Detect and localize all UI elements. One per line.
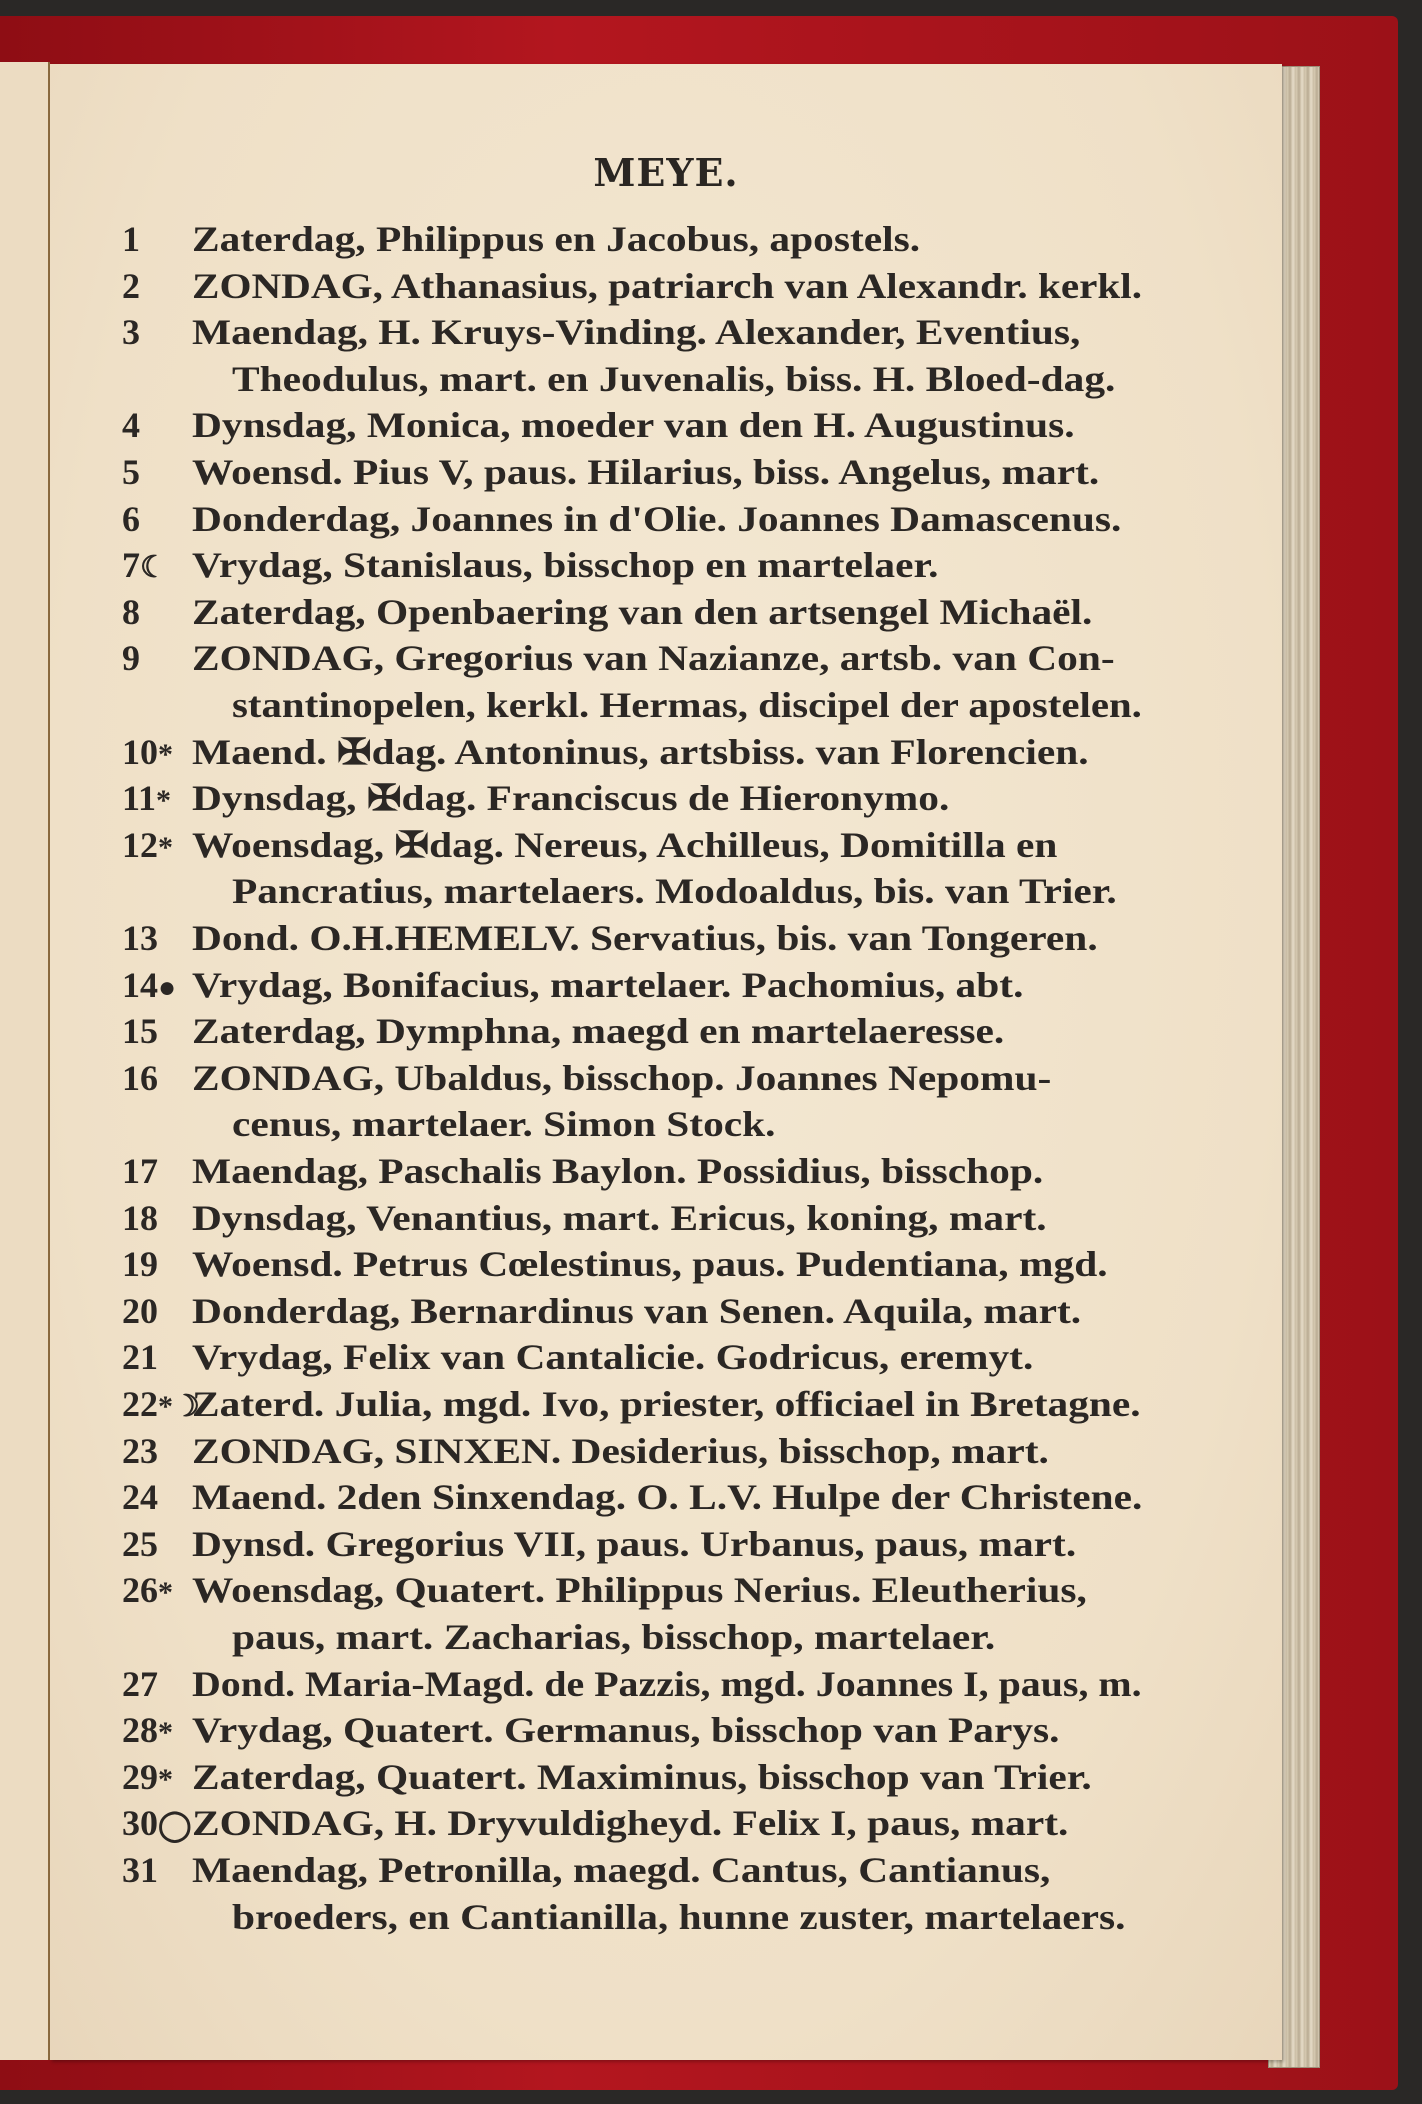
calendar-entry-day-13: 13Dond. O.H.HEMELV. Servatius, bis. van …: [50, 915, 1282, 962]
entry-text: ZONDAG, H. Dryvuldigheyd. Felix I, paus,…: [192, 1800, 1068, 1846]
entry-text: Donderdag, Bernardinus van Senen. Aquila…: [192, 1288, 1081, 1334]
entry-text: Zaterdag, Dymphna, maegd en martelaeress…: [192, 1008, 1004, 1054]
entry-text: Maendag, Petronilla, maegd. Cantus, Cant…: [192, 1847, 1050, 1893]
entry-text-continuation: paus, mart. Zacharias, bisschop, martela…: [232, 1614, 995, 1660]
calendar-entry-day-29: 29*Zaterdag, Quatert. Maximinus, bisscho…: [50, 1754, 1282, 1801]
calendar-entry-day-20: 20Donderdag, Bernardinus van Senen. Aqui…: [50, 1288, 1282, 1335]
calendar-entry-day-1: 1Zaterdag, Philippus en Jacobus, apostel…: [50, 216, 1282, 263]
entry-text: Donderdag, Joannes in d'Olie. Joannes Da…: [192, 496, 1121, 542]
entry-text-continuation: stantinopelen, kerkl. Hermas, discipel d…: [232, 682, 1142, 728]
entry-text: Woensd. Pius V, paus. Hilarius, biss. An…: [192, 449, 1099, 495]
entry-text: ZONDAG, Ubaldus, bisschop. Joannes Nepom…: [192, 1055, 1051, 1101]
entry-text: Maend. 2den Sinxendag. O. L.V. Hulpe der…: [192, 1474, 1142, 1520]
new-moon-icon: ●: [158, 971, 176, 1004]
entry-text: Zaterdag, Quatert. Maximinus, bisschop v…: [192, 1754, 1092, 1800]
entry-text: Woensdag, ✠dag. Nereus, Achilleus, Domit…: [192, 822, 1057, 868]
calendar-entry-day-9: 9ZONDAG, Gregorius van Nazianze, artsb. …: [50, 635, 1282, 728]
full-moon-icon: ◯: [158, 1809, 192, 1842]
entry-text-continuation: broeders, en Cantianilla, hunne zuster, …: [232, 1894, 1126, 1940]
entry-text: Maendag, Paschalis Baylon. Possidius, bi…: [192, 1148, 1043, 1194]
calendar-entry-day-28: 28*Vrydag, Quatert. Germanus, bisschop v…: [50, 1707, 1282, 1754]
entry-text: Dond. Maria-Magd. de Pazzis, mgd. Joanne…: [192, 1661, 1142, 1707]
calendar-entry-day-11: 11*Dynsdag, ✠dag. Franciscus de Hieronym…: [50, 775, 1282, 822]
entry-text: Vrydag, Quatert. Germanus, bisschop van …: [192, 1707, 1060, 1753]
calendar-entry-day-16: 16ZONDAG, Ubaldus, bisschop. Joannes Nep…: [50, 1055, 1282, 1148]
calendar-entry-day-4: 4Dynsdag, Monica, moeder van den H. Augu…: [50, 402, 1282, 449]
entry-text: Dynsdag, ✠dag. Franciscus de Hieronymo.: [192, 775, 949, 821]
abstinence-asterisk: *: [156, 784, 171, 817]
entry-text: ZONDAG, Gregorius van Nazianze, artsb. v…: [192, 635, 1115, 681]
calendar-entry-day-26: 26*Woensdag, Quatert. Philippus Nerius. …: [50, 1567, 1282, 1660]
abstinence-asterisk: *: [158, 1716, 173, 1749]
left-page-edge: [0, 62, 50, 2060]
last-quarter-moon-icon: ☾: [140, 551, 167, 584]
abstinence-asterisk: *: [158, 831, 173, 864]
entry-text: Dynsd. Gregorius VII, paus. Urbanus, pau…: [192, 1521, 1076, 1567]
calendar-entry-day-5: 5Woensd. Pius V, paus. Hilarius, biss. A…: [50, 449, 1282, 496]
calendar-entry-day-21: 21Vrydag, Felix van Cantalicie. Godricus…: [50, 1334, 1282, 1381]
calendar-entry-day-30: 30◯ZONDAG, H. Dryvuldigheyd. Felix I, pa…: [50, 1800, 1282, 1847]
entry-text: Woensdag, Quatert. Philippus Nerius. Ele…: [192, 1567, 1087, 1613]
entry-text: Vrydag, Stanislaus, bisschop en martelae…: [192, 542, 938, 588]
entry-text: Dond. O.H.HEMELV. Servatius, bis. van To…: [192, 915, 1098, 961]
calendar-entry-day-22: 22*☽Zaterd. Julia, mgd. Ivo, priester, o…: [50, 1381, 1282, 1428]
entry-text: Vrydag, Bonifacius, martelaer. Pachomius…: [192, 962, 1023, 1008]
entry-text: Dynsdag, Monica, moeder van den H. Augus…: [192, 402, 1075, 448]
calendar-entry-day-3: 3Maendag, H. Kruys-Vinding. Alexander, E…: [50, 309, 1282, 402]
calendar-entry-day-14: 14●Vrydag, Bonifacius, martelaer. Pachom…: [50, 962, 1282, 1009]
entry-text: Maend. ✠dag. Antoninus, artsbiss. van Fl…: [192, 729, 1089, 775]
entry-text: Zaterdag, Openbaering van den artsengel …: [192, 589, 1092, 635]
entry-text: ZONDAG, SINXEN. Desiderius, bisschop, ma…: [192, 1428, 1049, 1474]
entry-text-continuation: Pancratius, martelaers. Modoaldus, bis. …: [232, 868, 1117, 914]
calendar-entry-day-18: 18Dynsdag, Venantius, mart. Ericus, koni…: [50, 1195, 1282, 1242]
entry-text: Maendag, H. Kruys-Vinding. Alexander, Ev…: [192, 309, 1080, 355]
entry-text: Woensd. Petrus Cœlestinus, paus. Pudenti…: [192, 1241, 1108, 1287]
calendar-entry-day-15: 15Zaterdag, Dymphna, maegd en martelaere…: [50, 1008, 1282, 1055]
calendar-entry-day-7: 7☾Vrydag, Stanislaus, bisschop en martel…: [50, 542, 1282, 589]
calendar-entry-day-2: 2ZONDAG, Athanasius, patriarch van Alexa…: [50, 263, 1282, 310]
abstinence-asterisk: *: [158, 1763, 173, 1796]
abstinence-asterisk: *: [158, 1576, 173, 1609]
calendar-entry-day-25: 25Dynsd. Gregorius VII, paus. Urbanus, p…: [50, 1521, 1282, 1568]
calendar-entry-day-24: 24Maend. 2den Sinxendag. O. L.V. Hulpe d…: [50, 1474, 1282, 1521]
calendar-entry-day-10: 10*Maend. ✠dag. Antoninus, artsbiss. van…: [50, 729, 1282, 776]
calendar-entry-day-19: 19Woensd. Petrus Cœlestinus, paus. Puden…: [50, 1241, 1282, 1288]
entry-text: Zaterd. Julia, mgd. Ivo, priester, offic…: [192, 1381, 1141, 1427]
entry-text-continuation: Theodulus, mart. en Juvenalis, biss. H. …: [232, 356, 1115, 402]
page-title: MEYE.: [50, 150, 1282, 195]
calendar-entry-day-12: 12*Woensdag, ✠dag. Nereus, Achilleus, Do…: [50, 822, 1282, 915]
calendar-entry-day-6: 6Donderdag, Joannes in d'Olie. Joannes D…: [50, 496, 1282, 543]
calendar-entry-day-27: 27Dond. Maria-Magd. de Pazzis, mgd. Joan…: [50, 1661, 1282, 1708]
entry-text: ZONDAG, Athanasius, patriarch van Alexan…: [192, 263, 1142, 309]
calendar-entry-day-17: 17Maendag, Paschalis Baylon. Possidius, …: [50, 1148, 1282, 1195]
calendar-entry-day-23: 23ZONDAG, SINXEN. Desiderius, bisschop, …: [50, 1428, 1282, 1475]
entry-text: Dynsdag, Venantius, mart. Ericus, koning…: [192, 1195, 1047, 1241]
calendar-entry-day-31: 31Maendag, Petronilla, maegd. Cantus, Ca…: [50, 1847, 1282, 1940]
calendar-page: MEYE. 1Zaterdag, Philippus en Jacobus, a…: [50, 64, 1282, 2060]
calendar-entry-day-8: 8Zaterdag, Openbaering van den artsengel…: [50, 589, 1282, 636]
abstinence-asterisk: *: [158, 738, 173, 771]
entry-text: Vrydag, Felix van Cantalicie. Godricus, …: [192, 1334, 1033, 1380]
entry-text: Zaterdag, Philippus en Jacobus, apostels…: [192, 216, 920, 262]
entry-text-continuation: cenus, martelaer. Simon Stock.: [232, 1101, 776, 1147]
